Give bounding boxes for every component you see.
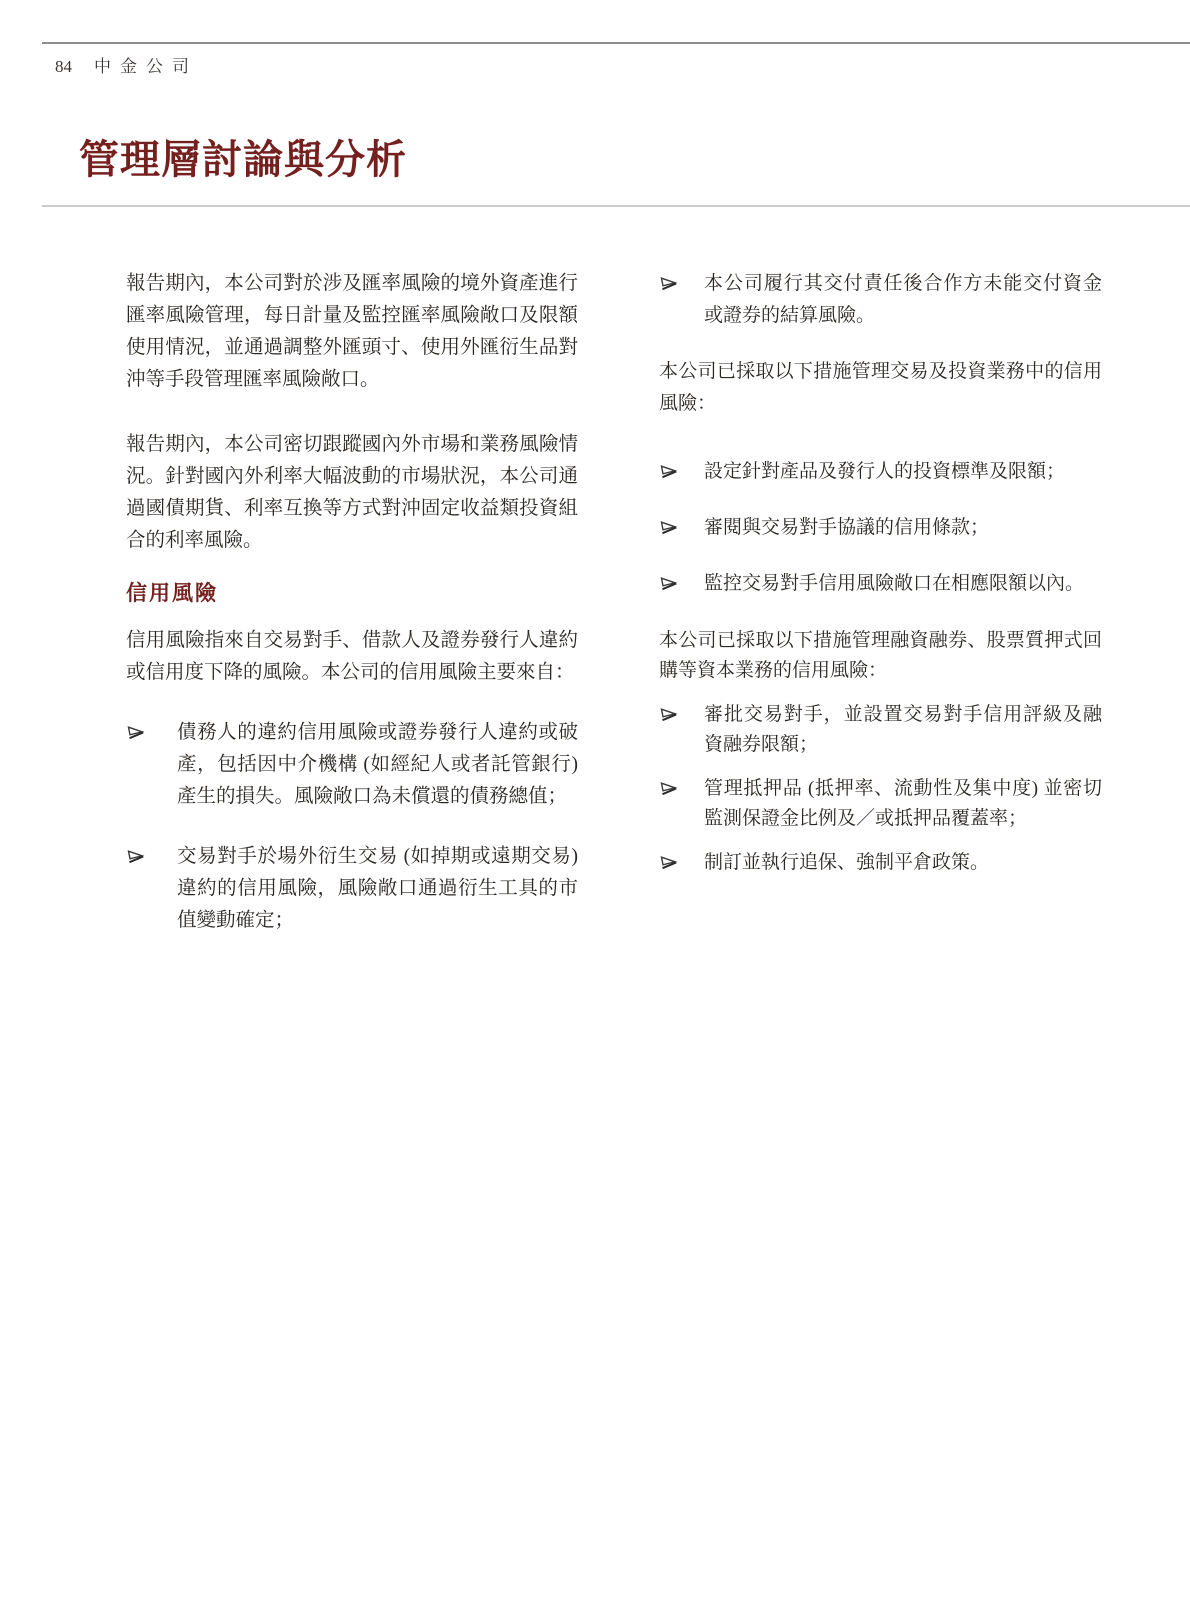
page-number: 84 [55, 57, 72, 77]
arrowhead-bullet-icon [660, 465, 678, 479]
bullet-list: 審批交易對手，並設置交易對手信用評級及融資融券限額； 管理抵押品 (抵押率、流動… [659, 700, 1102, 878]
arrowhead-bullet-icon [127, 850, 145, 864]
arrowhead-bullet-icon [660, 577, 678, 591]
paragraph: 信用風險指來自交易對手、借款人及證券發行人違約或信用度下降的風險。本公司的信用風… [126, 625, 578, 689]
paragraph: 報告期內，本公司密切跟蹤國內外市場和業務風險情況。針對國內外利率大幅波動的市場狀… [126, 429, 578, 557]
right-column: 本公司履行其交付責任後合作方未能交付資金或證券的結算風險。 本公司已採取以下措施… [659, 268, 1102, 878]
left-column: 報告期內，本公司對於涉及匯率風險的境外資產進行匯率風險管理，每日計量及監控匯率風… [126, 268, 578, 937]
bullet-text: 制訂並執行追保、強制平倉政策。 [704, 852, 989, 873]
bullet-list: 設定針對產品及發行人的投資標準及限額； 審閱與交易對手協議的信用條款； [659, 456, 1102, 600]
bullet-list: 本公司履行其交付責任後合作方未能交付資金或證券的結算風險。 [659, 268, 1102, 332]
bullet-item: 交易對手於場外衍生交易 (如掉期或遠期交易) 違約的信用風險，風險敞口通過衍生工… [126, 841, 578, 937]
bullet-list: 債務人的違約信用風險或證券發行人違約或破產，包括因中介機構 (如經紀人或者託管銀… [126, 717, 578, 937]
paragraph: 報告期內，本公司對於涉及匯率風險的境外資產進行匯率風險管理，每日計量及監控匯率風… [126, 268, 578, 396]
bullet-text: 審閱與交易對手協議的信用條款； [704, 517, 989, 538]
arrowhead-bullet-icon [660, 521, 678, 535]
page-header: 84 中金公司 [55, 52, 198, 77]
bullet-text: 交易對手於場外衍生交易 (如掉期或遠期交易) 違約的信用風險，風險敞口通過衍生工… [177, 846, 578, 931]
arrowhead-bullet-icon [660, 782, 678, 796]
section-heading-credit-risk: 信用風險 [126, 579, 578, 607]
bullet-item: 審閱與交易對手協議的信用條款； [659, 512, 1102, 544]
bullet-text: 監控交易對手信用風險敞口在相應限額以內。 [704, 573, 1084, 594]
arrowhead-bullet-icon [127, 726, 145, 740]
bullet-text: 本公司履行其交付責任後合作方未能交付資金或證券的結算風險。 [704, 273, 1102, 326]
bullet-text: 設定針對產品及發行人的投資標準及限額； [704, 461, 1065, 482]
bullet-item: 設定針對產品及發行人的投資標準及限額； [659, 456, 1102, 488]
arrowhead-bullet-icon [660, 277, 678, 291]
arrowhead-bullet-icon [660, 856, 678, 870]
paragraph: 本公司已採取以下措施管理交易及投資業務中的信用風險： [659, 356, 1102, 420]
bullet-item: 監控交易對手信用風險敞口在相應限額以內。 [659, 568, 1102, 600]
arrowhead-bullet-icon [660, 708, 678, 722]
header-rule [42, 42, 1190, 44]
page-title: 管理層討論與分析 [79, 136, 407, 184]
bullet-text: 債務人的違約信用風險或證券發行人違約或破產，包括因中介機構 (如經紀人或者託管銀… [177, 722, 578, 807]
bullet-item: 管理抵押品 (抵押率、流動性及集中度) 並密切監測保證金比例及／或抵押品覆蓋率； [659, 774, 1102, 834]
company-name: 中金公司 [94, 52, 198, 77]
title-rule [42, 205, 1190, 207]
bullet-item: 債務人的違約信用風險或證券發行人違約或破產，包括因中介機構 (如經紀人或者託管銀… [126, 717, 578, 813]
bullet-item: 審批交易對手，並設置交易對手信用評級及融資融券限額； [659, 700, 1102, 760]
bullet-item: 制訂並執行追保、強制平倉政策。 [659, 848, 1102, 878]
paragraph: 本公司已採取以下措施管理融資融券、股票質押式回購等資本業務的信用風險： [659, 626, 1102, 686]
bullet-text: 審批交易對手，並設置交易對手信用評級及融資融券限額； [704, 704, 1102, 755]
bullet-item: 本公司履行其交付責任後合作方未能交付資金或證券的結算風險。 [659, 268, 1102, 332]
document-page: 84 中金公司 管理層討論與分析 報告期內，本公司對於涉及匯率風險的境外資產進行… [0, 0, 1190, 1615]
bullet-text: 管理抵押品 (抵押率、流動性及集中度) 並密切監測保證金比例及／或抵押品覆蓋率； [704, 778, 1102, 829]
